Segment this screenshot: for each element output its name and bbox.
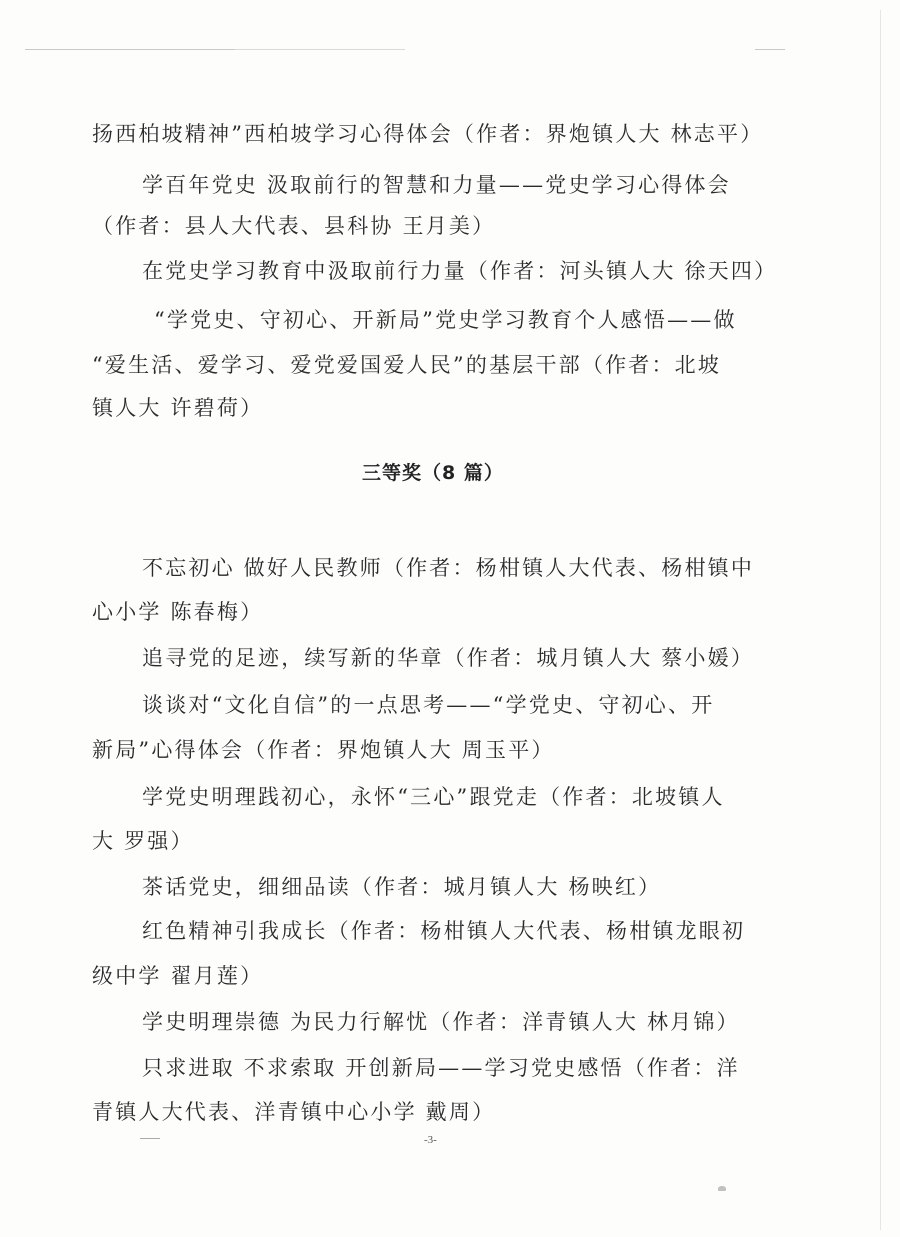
entry-line: 只求进取 不求索取 开创新局——学习党史感悟（作者：洋 [142, 1053, 740, 1083]
entry-line: 心小学 陈春梅） [92, 597, 263, 627]
scan-smudge [718, 1186, 726, 1191]
entry-line: 大 罗强） [92, 826, 194, 856]
document-page: 扬西柏坡精神”西柏坡学习心得体会（作者：界炮镇人大 林志平） 学百年党史 汲取前… [0, 0, 900, 1237]
scan-edge [880, 10, 881, 1230]
entry-line: 茶话党史，细细品读（作者：城月镇人大 杨映红） [142, 872, 661, 902]
entry-line: 追寻党的足迹，续写新的华章（作者：城月镇人大 蔡小媛） [142, 643, 754, 673]
entry-line: 学党史明理践初心，永怀“三心”跟党走（作者：北坡镇人 [142, 782, 725, 812]
entry-line: 青镇人大代表、洋青镇中心小学 戴周） [92, 1097, 495, 1127]
entry-line: 红色精神引我成长（作者：杨柑镇人大代表、杨柑镇龙眼初 [142, 916, 745, 946]
entry-line: 谈谈对“文化自信”的一点思考——“学党史、守初心、开 [142, 690, 714, 720]
entry-line: 学史明理崇德 为民力行解忧（作者：洋青镇人大 林月锦） [142, 1007, 740, 1037]
entry-line: 不忘初心 做好人民教师（作者：杨柑镇人大代表、杨柑镇中 [142, 553, 754, 583]
header-rule [755, 49, 785, 50]
page-number: -3- [424, 1134, 437, 1146]
entry-line: 级中学 翟月莲） [92, 961, 263, 991]
entry-line: （作者：县人大代表、县科协 王月美） [92, 211, 495, 241]
entry-line: 新局”心得体会（作者：界炮镇人大 周玉平） [92, 735, 555, 765]
scan-mark [140, 1138, 160, 1139]
entry-line: “学党史、守初心、开新局”党史学习教育个人感悟——做 [154, 305, 737, 335]
header-rule [25, 49, 235, 50]
entry-line: “爱生活、爱学习、爱党爱国爱人民”的基层干部（作者：北坡 [92, 350, 721, 380]
entry-line: 扬西柏坡精神”西柏坡学习心得体会（作者：界炮镇人大 林志平） [92, 119, 763, 149]
header-rule [235, 49, 405, 50]
entry-line: 学百年党史 汲取前行的智慧和力量——党史学习心得体会 [142, 170, 731, 200]
entry-line: 在党史学习教育中汲取前行力量（作者：河头镇人大 徐天四） [142, 256, 777, 286]
entry-line: 镇人大 许碧荷） [92, 393, 263, 423]
section-title-third-prize: 三等奖（8 篇） [362, 458, 504, 488]
